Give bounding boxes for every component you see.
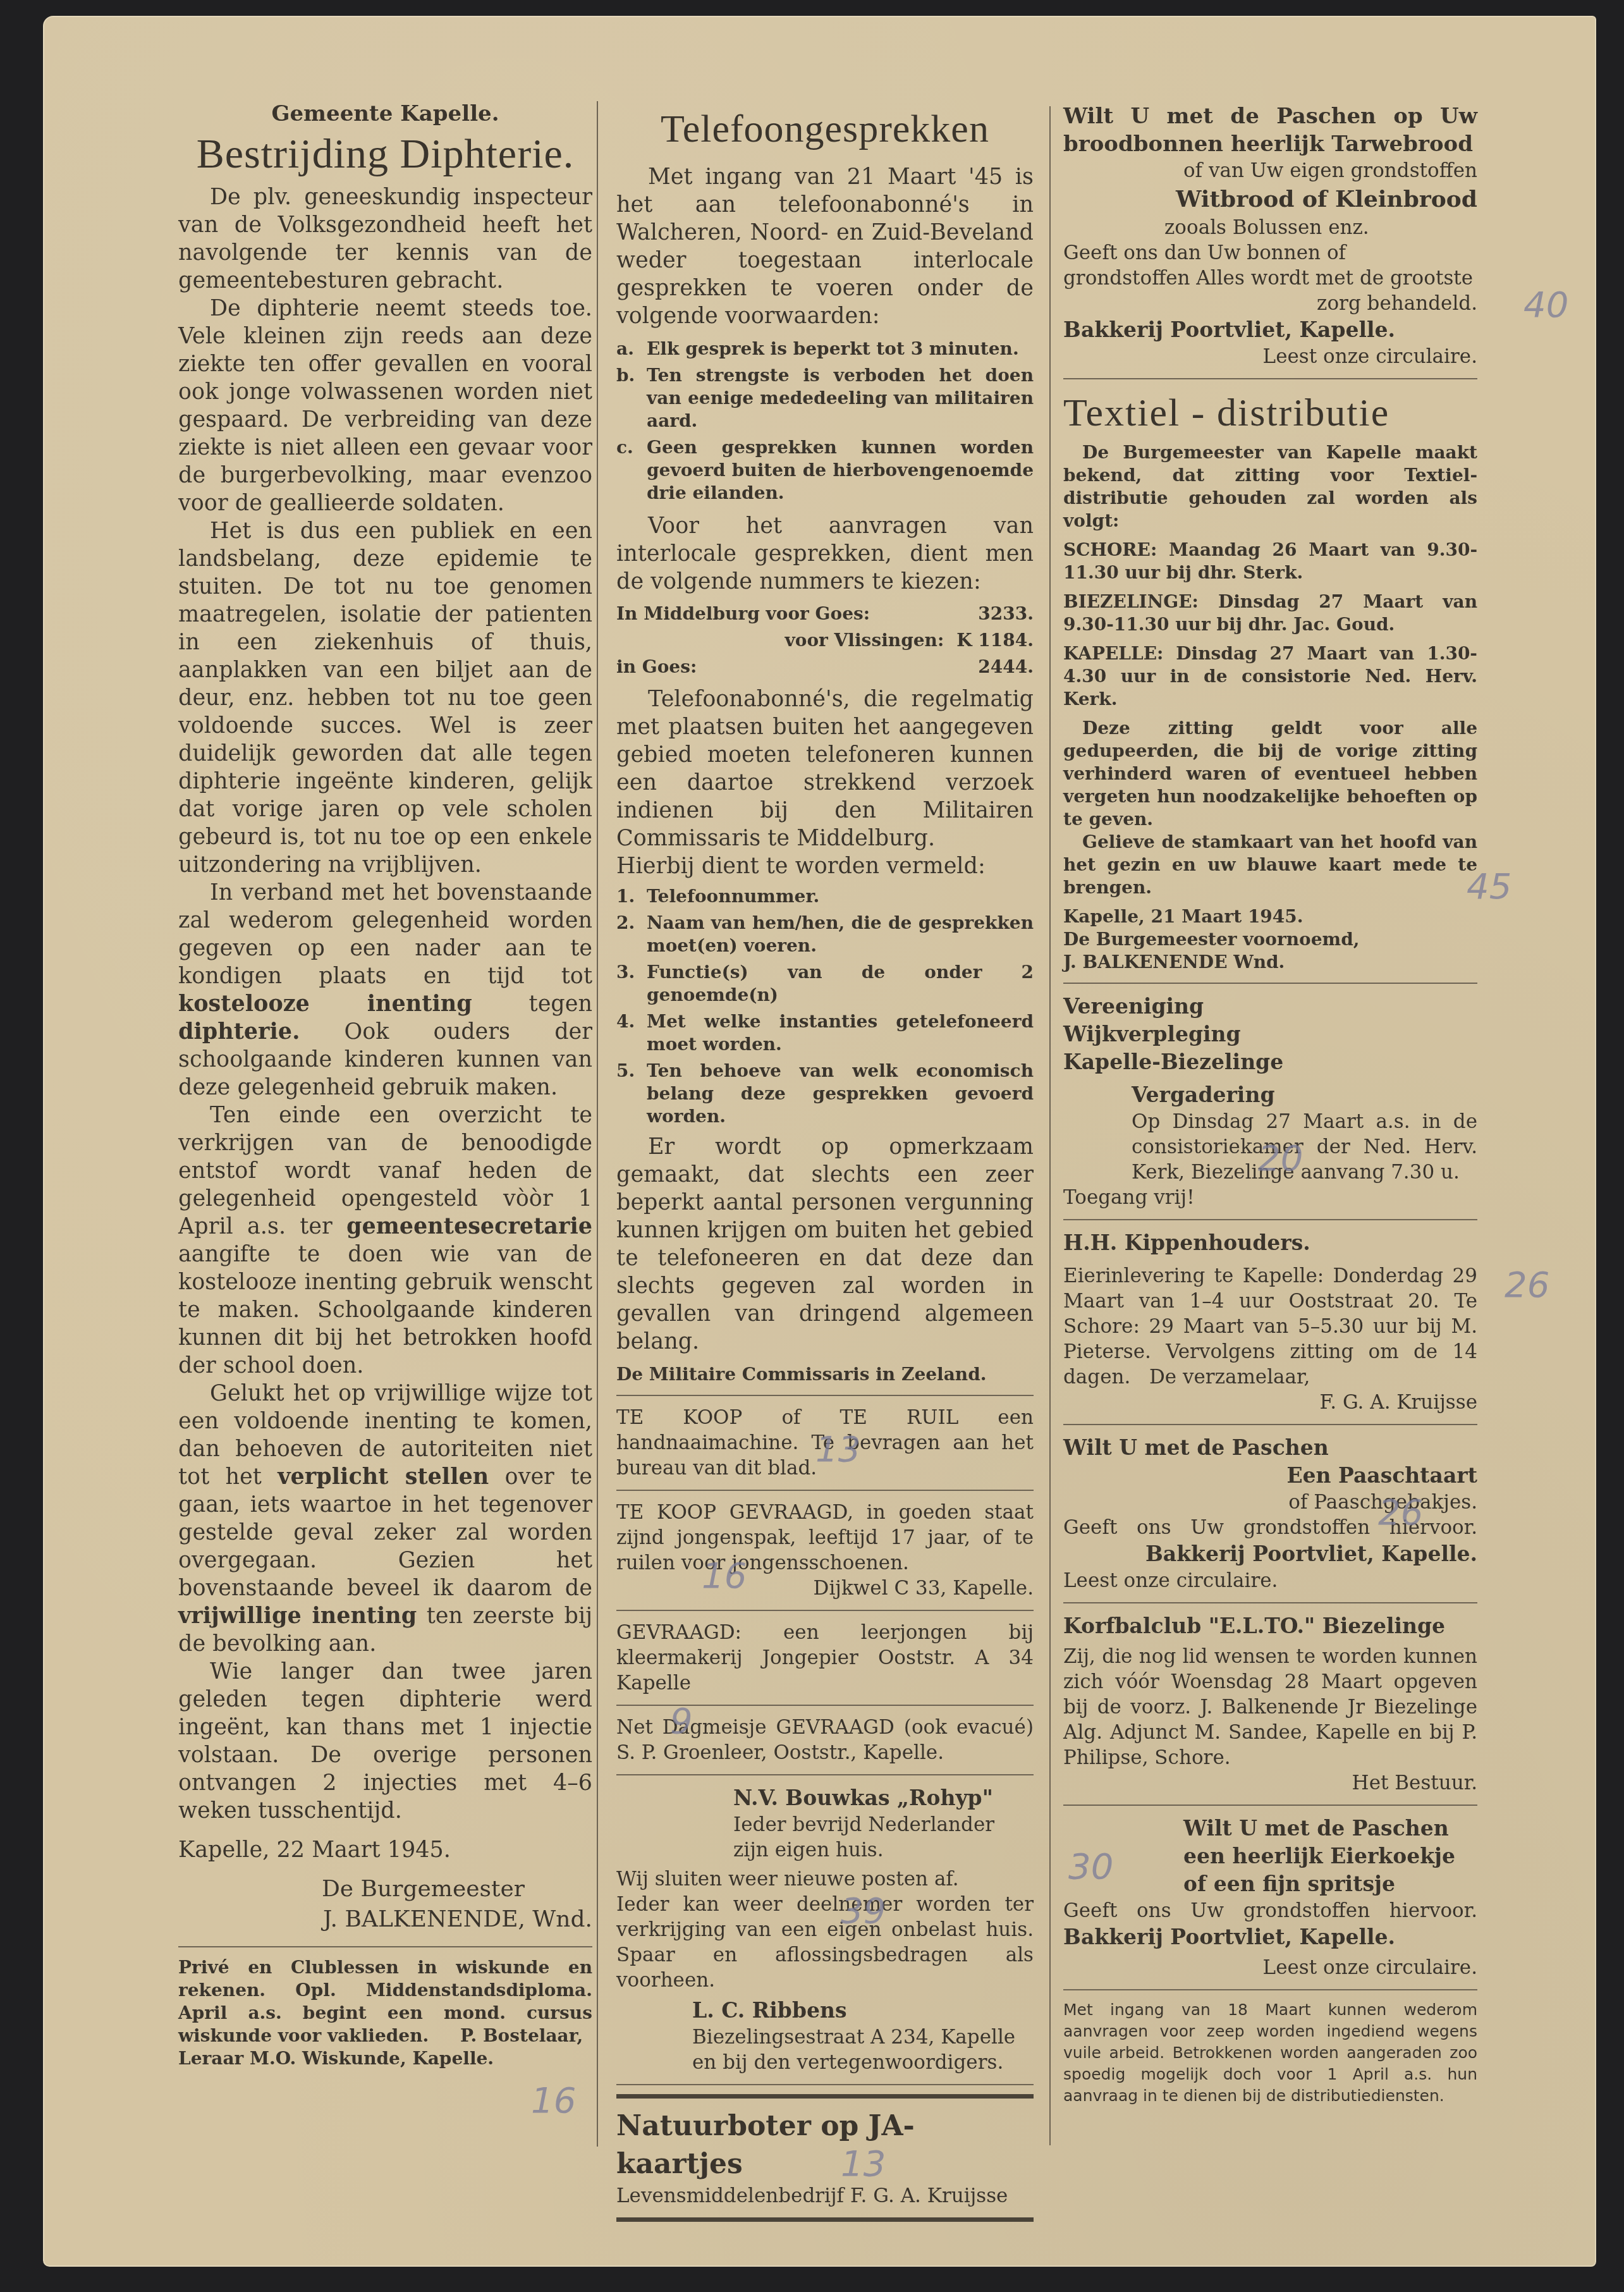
- ad-note: Leest onze circulaire.: [1063, 1955, 1477, 1980]
- list-item: 3.Functie(s) van de onder 2 genoemde(n): [616, 961, 1034, 1007]
- list-text: Met welke instanties getelefoneerd moet …: [647, 1010, 1034, 1056]
- list-label: a.: [616, 338, 647, 360]
- list-label: 3.: [616, 961, 647, 1007]
- list-text: Telefoonnummer.: [647, 885, 1034, 908]
- ad-text: Eierinlevering te Kapelle: Donderdag 29 …: [1063, 1263, 1477, 1390]
- ad-tagline: Ieder bevrijd Nederlander zijn eigen hui…: [616, 1812, 1034, 1863]
- ad-text: Ieder kan weer deelnemer worden ter verk…: [616, 1892, 1034, 1993]
- signature-title: De Burgemeester voornoemd,: [1063, 928, 1477, 951]
- ad-line: zooals Bolussen enz.: [1063, 215, 1477, 240]
- divider: [616, 2094, 1034, 2099]
- list-label: 1.: [616, 885, 647, 908]
- paragraph: Telefoonabonné's, die regelmatig met pla…: [616, 685, 1034, 852]
- list-text: Naam van hem/hen, die de gesprekken moet…: [647, 912, 1034, 957]
- ad-line: Witbrood of Kleinbrood: [1063, 183, 1477, 215]
- pencil-annotation: 30: [1068, 1846, 1113, 1887]
- paragraph: Voor het aanvragen van interlocale gespr…: [616, 512, 1034, 596]
- pencil-annotation: 39: [841, 1891, 886, 1932]
- signature-name: J. BALKENENDE Wnd.: [1063, 951, 1477, 974]
- classified-ad: TE KOOP GEVRAAGD, in goeden staat zijnd …: [616, 1500, 1034, 1576]
- ad-butter-sub: Levensmiddelenbedrijf F. G. A. Kruijsse: [616, 2183, 1034, 2209]
- signature-title: De Burgemeester: [178, 1874, 592, 1904]
- divider: [1063, 1219, 1477, 1220]
- session-place: SCHORE:: [1063, 539, 1157, 560]
- paragraph: Wie langer dan twee jaren geleden tegen …: [178, 1658, 592, 1825]
- phone-label: voor Vlissingen:: [785, 627, 944, 654]
- article-headline: Bestrijding Diphterie.: [178, 129, 592, 180]
- article-body: Er wordt op opmerkzaam gemaakt, dat slec…: [616, 1133, 1034, 1356]
- list-text: Ten strengste is verboden het doen van e…: [647, 364, 1034, 432]
- phone-label: in Goes:: [616, 654, 697, 680]
- ad-line: of van Uw eigen grondstoffen: [1063, 158, 1477, 183]
- article-headline: Telefoongesprekken: [616, 104, 1034, 154]
- phone-row: voor Vlissingen:K 1184.: [616, 627, 1034, 654]
- text: aangifte te doen wie van de kostelooze i…: [178, 1242, 592, 1378]
- ad-agent: L. C. Ribbens: [616, 1997, 1034, 2025]
- list-label: 5.: [616, 1060, 647, 1128]
- ad-rohyp: N.V. Bouwkas „Rohyp" Ieder bevrijd Neder…: [616, 1784, 1034, 2075]
- ad-signature: P. Bostelaar,: [435, 2025, 583, 2046]
- ad-line: Geeft ons dan Uw bonnen of grondstoffen …: [1063, 240, 1477, 291]
- paragraph: De Burgemeester van Kapelle maakt bekend…: [1063, 441, 1477, 532]
- list-item: c.Geen gesprekken kunnen worden gevoerd …: [616, 436, 1034, 505]
- emphasis: gemeentesecretarie: [346, 1213, 592, 1239]
- list-text: Geen gesprekken kunnen worden gevoerd bu…: [647, 436, 1034, 505]
- list-item: 5.Ten behoeve van welk economisch belang…: [616, 1060, 1034, 1128]
- ad-line: Een Paaschtaart: [1063, 1462, 1477, 1490]
- paragraph: Ten einde een overzicht te verkrijgen va…: [178, 1101, 592, 1380]
- pencil-annotation: 13: [841, 2143, 886, 2185]
- list-label: 4.: [616, 1010, 647, 1056]
- ad-title: Vereeniging Wijkverpleging Kapelle-Bieze…: [1063, 993, 1303, 1076]
- phone-row: in Goes:2444.: [616, 654, 1034, 680]
- ad-text: Wij sluiten weer nieuwe posten af.: [616, 1866, 1034, 1892]
- pencil-annotation: 20: [1258, 1138, 1303, 1179]
- article-body: Met ingang van 21 Maart '45 is het aan t…: [616, 163, 1034, 330]
- list-item: 2.Naam van hem/hen, die de gesprekken mo…: [616, 912, 1034, 957]
- divider: [1063, 1805, 1477, 1806]
- text: tegen: [472, 991, 592, 1017]
- divider: [616, 1610, 1034, 1611]
- ad-text: Zij, die nog lid wensen te worden kunnen…: [1063, 1644, 1477, 1770]
- pencil-annotation: 26: [1378, 1492, 1423, 1533]
- ad-signature-title: Leraar M.O. Wiskunde, Kapelle.: [178, 2047, 592, 2070]
- list-item: 4.Met welke instanties getelefoneerd moe…: [616, 1010, 1034, 1056]
- conditions-list: a.Elk gesprek is beperkt tot 3 minuten. …: [616, 338, 1034, 505]
- session: KAPELLE: Dinsdag 27 Maart van 1.30-4.30 …: [1063, 642, 1477, 711]
- ad-title: N.V. Bouwkas „Rohyp": [616, 1784, 1034, 1812]
- list-text: Functie(s) van de onder 2 genoemde(n): [647, 961, 1034, 1007]
- signature-name: J. BALKENENDE, Wnd.: [178, 1904, 592, 1935]
- ad-kippenhouders: H.H. Kippenhouders. Eierinlevering te Ka…: [1063, 1229, 1477, 1415]
- divider: [1063, 983, 1477, 984]
- ad-bakery-name: Bakkerij Poortvliet, Kapelle.: [1063, 1540, 1477, 1568]
- list-item: b.Ten strengste is verboden het doen van…: [616, 364, 1034, 432]
- ad-line: of een fijn spritsje: [1063, 1870, 1477, 1898]
- divider: [1063, 378, 1477, 379]
- column-rule: [597, 101, 598, 2147]
- list-text: Ten behoeve van welk economisch belang d…: [647, 1060, 1034, 1128]
- divider: [178, 1946, 592, 1947]
- ad-korfbalclub: Korfbalclub "E.L.TO." Biezelinge Zij, di…: [1063, 1612, 1477, 1796]
- divider: [1063, 1989, 1477, 1990]
- list-text: Elk gesprek is beperkt tot 3 minuten.: [647, 338, 1034, 360]
- article-body: Voor het aanvragen van interlocale gespr…: [616, 512, 1034, 596]
- emphasis: kostelooze inenting: [178, 991, 472, 1017]
- phone-label: In Middelburg voor Goes:: [616, 601, 870, 627]
- pencil-annotation: 26: [1505, 1265, 1549, 1306]
- ad-bakery-name: Bakkerij Poortvliet, Kapelle.: [1063, 316, 1477, 344]
- list-item: 1.Telefoonnummer.: [616, 885, 1034, 908]
- ad-bakery-tarwebrood: Wilt U met de Paschen op Uw broodbonnen …: [1063, 102, 1477, 369]
- paragraph: Er wordt op opmerkzaam gemaakt, dat slec…: [616, 1133, 1034, 1356]
- phone-numbers: In Middelburg voor Goes:3233. voor Vliss…: [616, 601, 1034, 680]
- article-kicker: Gemeente Kapelle.: [178, 101, 592, 126]
- ad-math-lessons: Privé en Clublessen in wiskunde en reken…: [178, 1956, 592, 2070]
- pencil-annotation: 16: [702, 1555, 747, 1596]
- paragraph: Gelieve de stamkaart van het hoofd van h…: [1063, 831, 1477, 899]
- divider: [616, 1774, 1034, 1775]
- dateline: Kapelle, 21 Maart 1945.: [1063, 905, 1477, 928]
- phone-value: 2444.: [978, 654, 1034, 680]
- session: BIEZELINGE: Dinsdag 27 Maart van 9.30-11…: [1063, 591, 1477, 636]
- dateline: Kapelle, 22 Maart 1945.: [178, 1836, 592, 1864]
- ad-head: Wilt U met de Paschen op Uw broodbonnen …: [1063, 102, 1477, 158]
- divider: [616, 1490, 1034, 1491]
- ad-note: Leest onze circulaire.: [1063, 344, 1477, 369]
- ad-subtitle: Vergadering: [1063, 1081, 1477, 1109]
- classified-ad-signature: Dijkwel C 33, Kapelle.: [616, 1576, 1034, 1601]
- pencil-annotation: 16: [531, 2080, 576, 2121]
- article-signature: De Militaire Commissaris in Zeeland.: [616, 1363, 1034, 1386]
- ad-note: Leest onze circulaire.: [1063, 1568, 1477, 1593]
- ad-line: een heerlijk Eierkoekje: [1063, 1842, 1477, 1870]
- paragraph: Gelukt het op vrijwillige wijze tot een …: [178, 1380, 592, 1658]
- column-telefoon: Telefoongesprekken Met ingang van 21 Maa…: [616, 95, 1034, 2231]
- paragraph: De plv. geneeskundig inspecteur van de V…: [178, 183, 592, 295]
- list-label: c.: [616, 436, 647, 505]
- emphasis: vrijwillige inenting: [178, 1603, 417, 1629]
- ad-title: Korfbalclub "E.L.TO." Biezelinge: [1063, 1612, 1477, 1640]
- classified-ad: GEVRAAGD: een leerjongen bij kleermakeri…: [616, 1620, 1034, 1696]
- paragraph: Hierbij dient te worden vermeld:: [616, 852, 1034, 880]
- column-rule: [1049, 106, 1051, 2145]
- ad-bakery-eierkoekje: Wilt U met de Paschen een heerlijk Eierk…: [1063, 1815, 1477, 1980]
- text: In verband met het bovenstaande zal wede…: [178, 880, 592, 989]
- paragraph: Met ingang van 21 Maart '45 is het aan t…: [616, 163, 1034, 330]
- divider: [616, 2217, 1034, 2222]
- paragraph: De diphterie neemt steeds toe. Vele klei…: [178, 295, 592, 517]
- emphasis: diphterie.: [178, 1019, 300, 1045]
- pencil-annotation: 9: [670, 1701, 693, 1742]
- article-headline: Textiel - distributie: [1063, 388, 1477, 438]
- emphasis: verplicht stellen: [278, 1464, 489, 1490]
- column-diphterie: Gemeente Kapelle. Bestrijding Diphterie.…: [178, 95, 592, 2070]
- list-item: a.Elk gesprek is beperkt tot 3 minuten.: [616, 338, 1034, 360]
- ad-butter-title: Natuurboter op JA-kaartjes: [616, 2107, 1034, 2183]
- ad-title: H.H. Kippenhouders.: [1063, 1229, 1477, 1257]
- pencil-annotation: 45: [1467, 866, 1511, 907]
- list-label: 2.: [616, 912, 647, 957]
- phone-row: In Middelburg voor Goes:3233.: [616, 601, 1034, 627]
- pencil-annotation: 40: [1523, 285, 1568, 326]
- ad-signature: F. G. A. Kruijsse: [1063, 1390, 1477, 1415]
- pencil-annotation: 13: [815, 1429, 860, 1470]
- list-label: b.: [616, 364, 647, 432]
- ad-bakery-name: Bakkerij Poortvliet, Kapelle.: [1063, 1923, 1477, 1951]
- ad-line: Geeft ons Uw grondstoffen hiervoor.: [1063, 1898, 1477, 1923]
- article-body: Telefoonabonné's, die regelmatig met pla…: [616, 685, 1034, 880]
- divider: [616, 2084, 1034, 2085]
- divider: [1063, 1602, 1477, 1603]
- session: SCHORE: Maandag 26 Maart van 9.30-11.30 …: [1063, 539, 1477, 584]
- ad-line: Wilt U met de Paschen: [1063, 1815, 1477, 1842]
- session-place: BIEZELINGE:: [1063, 591, 1199, 612]
- phone-value: 3233.: [978, 601, 1034, 627]
- divider: [616, 1395, 1034, 1396]
- column-ads: Wilt U met de Paschen op Uw broodbonnen …: [1063, 95, 1477, 2107]
- ad-signature: Het Bestuur.: [1063, 1770, 1477, 1796]
- paragraph: Het is dus een publiek en een landsbelan…: [178, 517, 592, 879]
- notice-zeep: Met ingang van 18 Maart kunnen wederom a…: [1063, 1999, 1477, 2107]
- ad-note: Toegang vrij!: [1063, 1185, 1477, 1210]
- session-place: KAPELLE:: [1063, 643, 1163, 664]
- article-body: De plv. geneeskundig inspecteur van de V…: [178, 183, 592, 1864]
- requirements-list: 1.Telefoonnummer. 2.Naam van hem/hen, di…: [616, 885, 1034, 1128]
- ad-head: Wilt U met de Paschen: [1063, 1434, 1477, 1462]
- article-textiel: Textiel - distributie De Burgemeester va…: [1063, 388, 1477, 974]
- paragraph: In verband met het bovenstaande zal wede…: [178, 879, 592, 1101]
- paragraph: Deze zitting geldt voor alle gedupeerden…: [1063, 717, 1477, 831]
- ad-address: Biezelingsestraat A 234, Kapelle en bij …: [616, 2025, 1034, 2075]
- divider: [1063, 1424, 1477, 1425]
- ad-line: zorg behandeld.: [1063, 291, 1477, 316]
- phone-value: K 1184.: [956, 627, 1034, 654]
